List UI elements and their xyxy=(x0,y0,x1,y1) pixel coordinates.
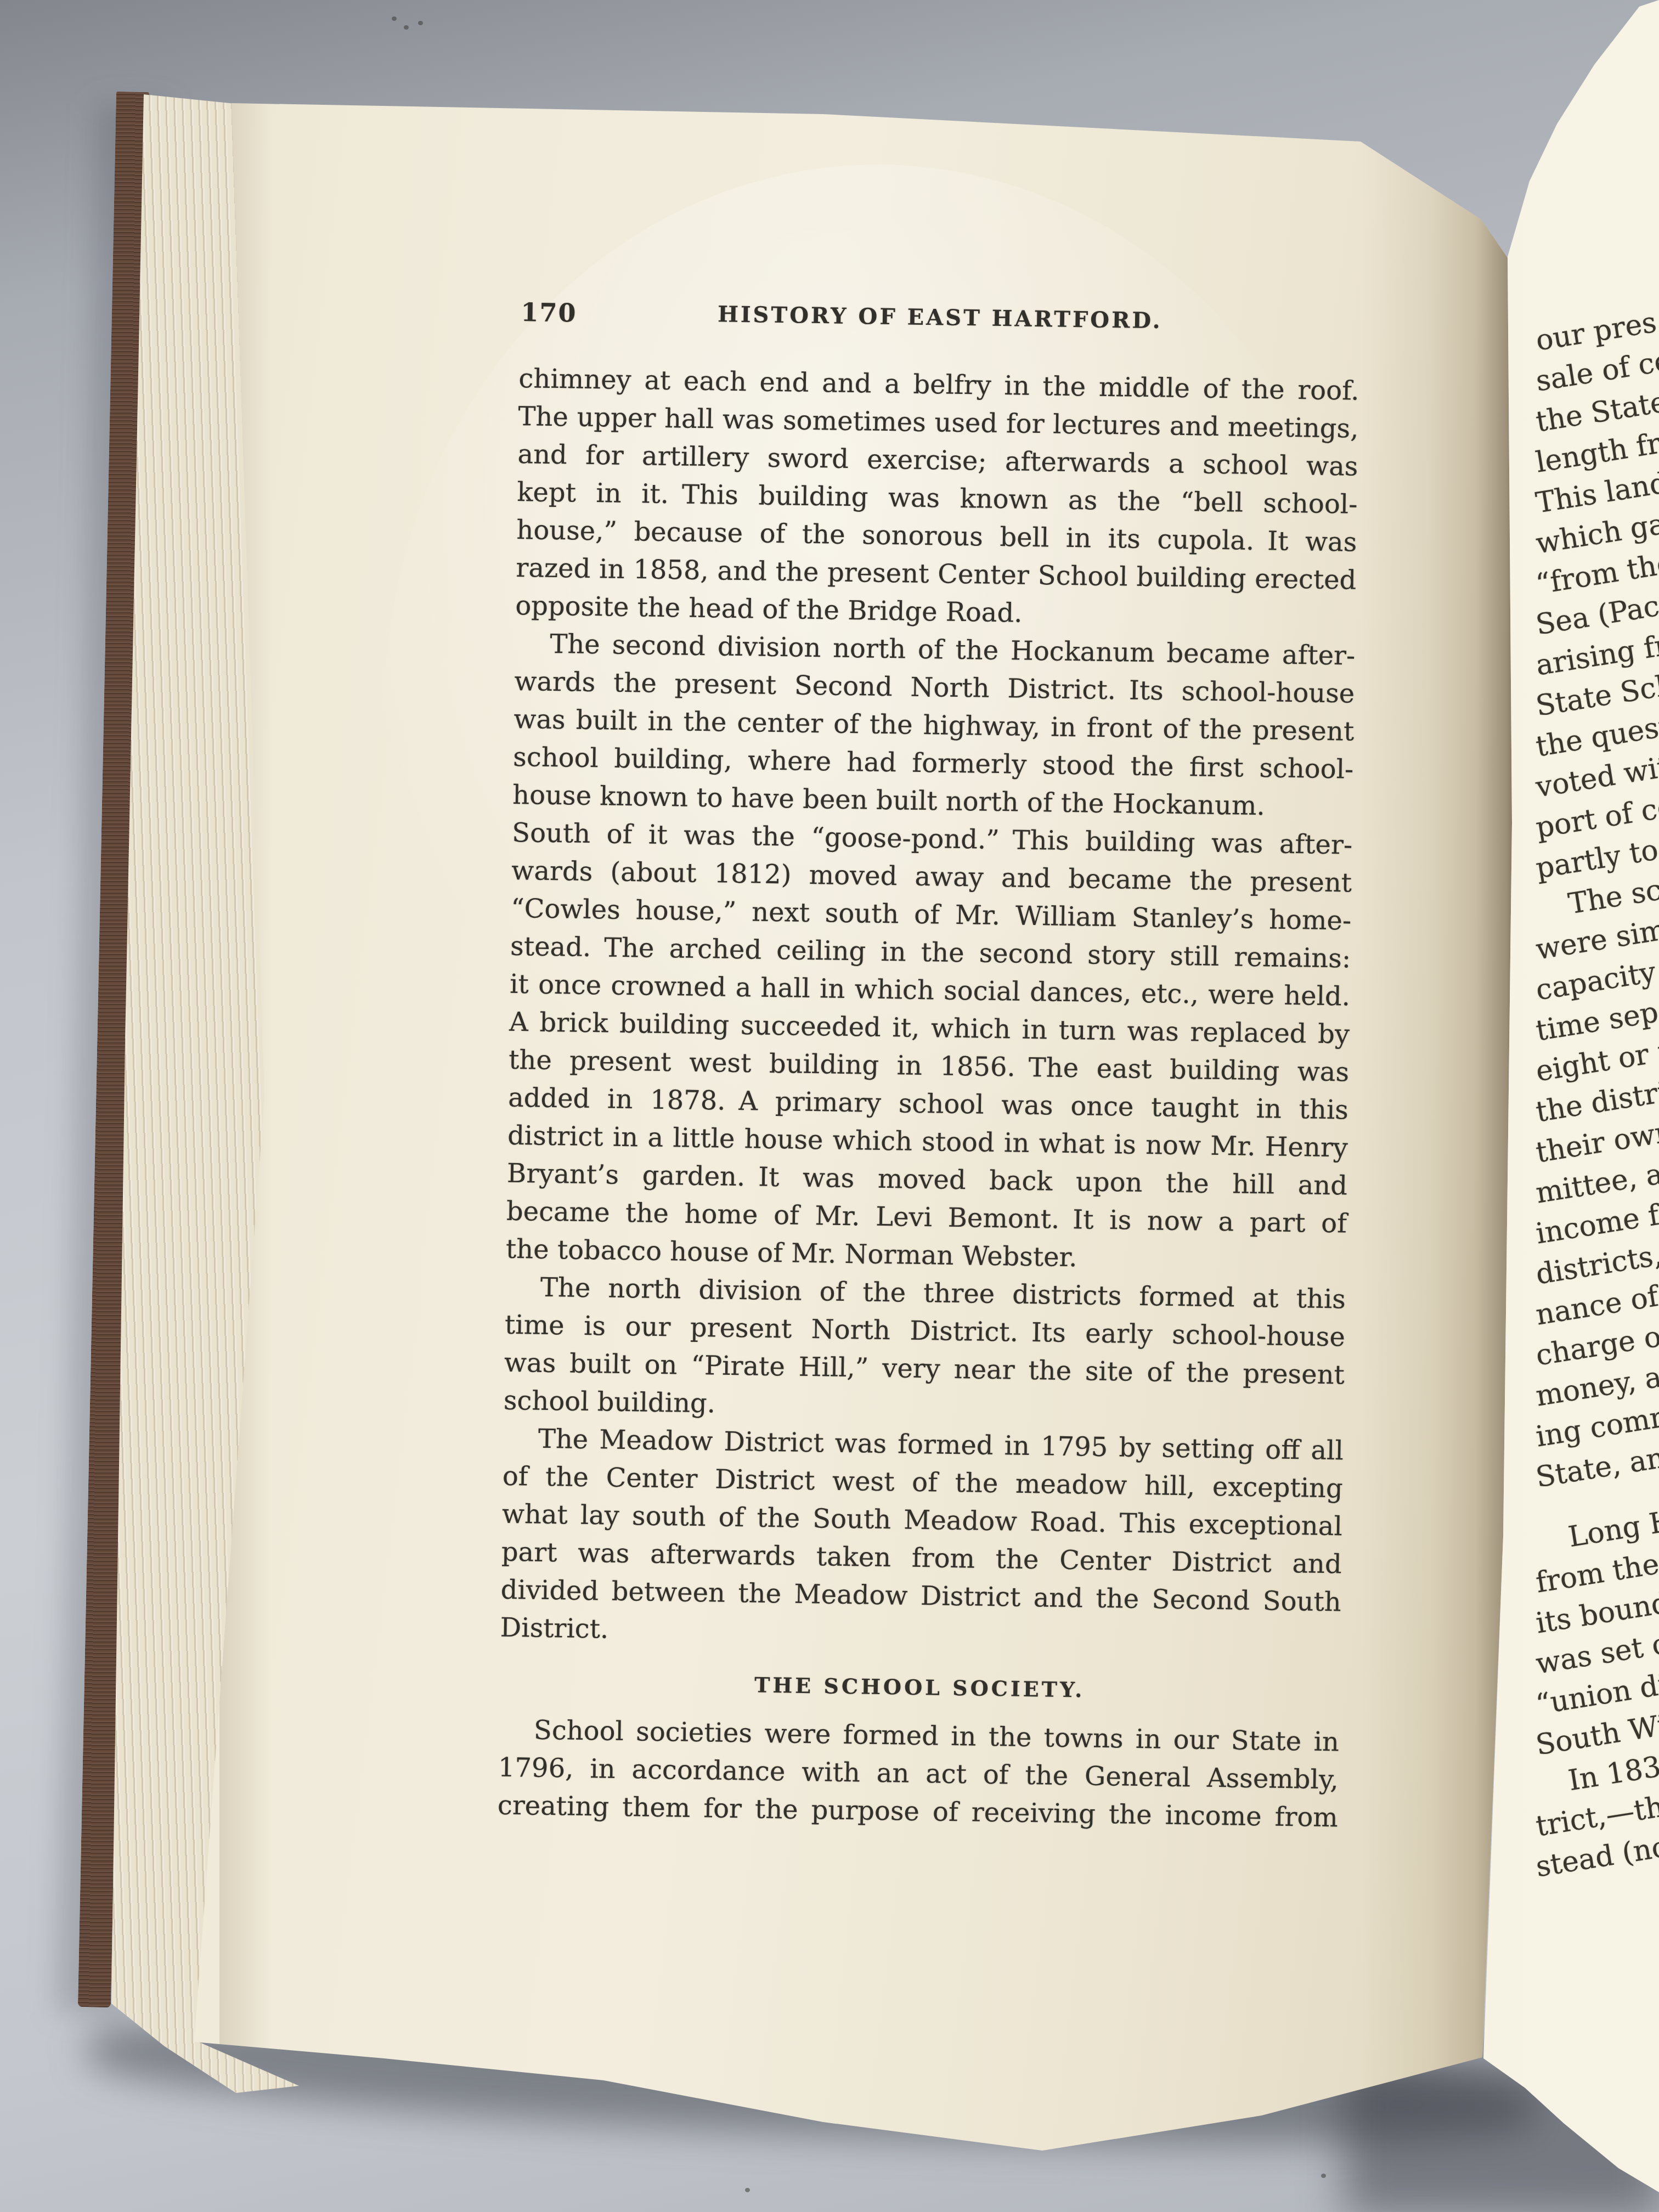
body-text: chimney at each end and a belfry in the … xyxy=(500,360,1359,1659)
section-heading: THE SCHOOL SOCIETY. xyxy=(499,1669,1340,1706)
gutter-shadow xyxy=(1361,88,1514,2096)
page-number: 170 xyxy=(521,297,577,328)
running-head: HISTORY OF EAST HARTFORD. xyxy=(520,290,1361,337)
dust-speck xyxy=(392,16,397,21)
dust-speck xyxy=(418,21,423,25)
page-header: 170 HISTORY OF EAST HARTFORD. xyxy=(520,290,1361,355)
photo-of-open-book: { "scene": { "surface_color": "#c2c5cb",… xyxy=(0,0,1659,2212)
dust-speck xyxy=(1321,2174,1326,2178)
left-page-text: 170 HISTORY OF EAST HARTFORD. chimney at… xyxy=(497,290,1360,1837)
dust-speck xyxy=(745,2188,750,2192)
right-page-text: our pressale of certthe State oflength f… xyxy=(1536,321,1659,1888)
dust-speck xyxy=(404,25,409,30)
society-text: School societies were formed in the town… xyxy=(497,1711,1339,1837)
